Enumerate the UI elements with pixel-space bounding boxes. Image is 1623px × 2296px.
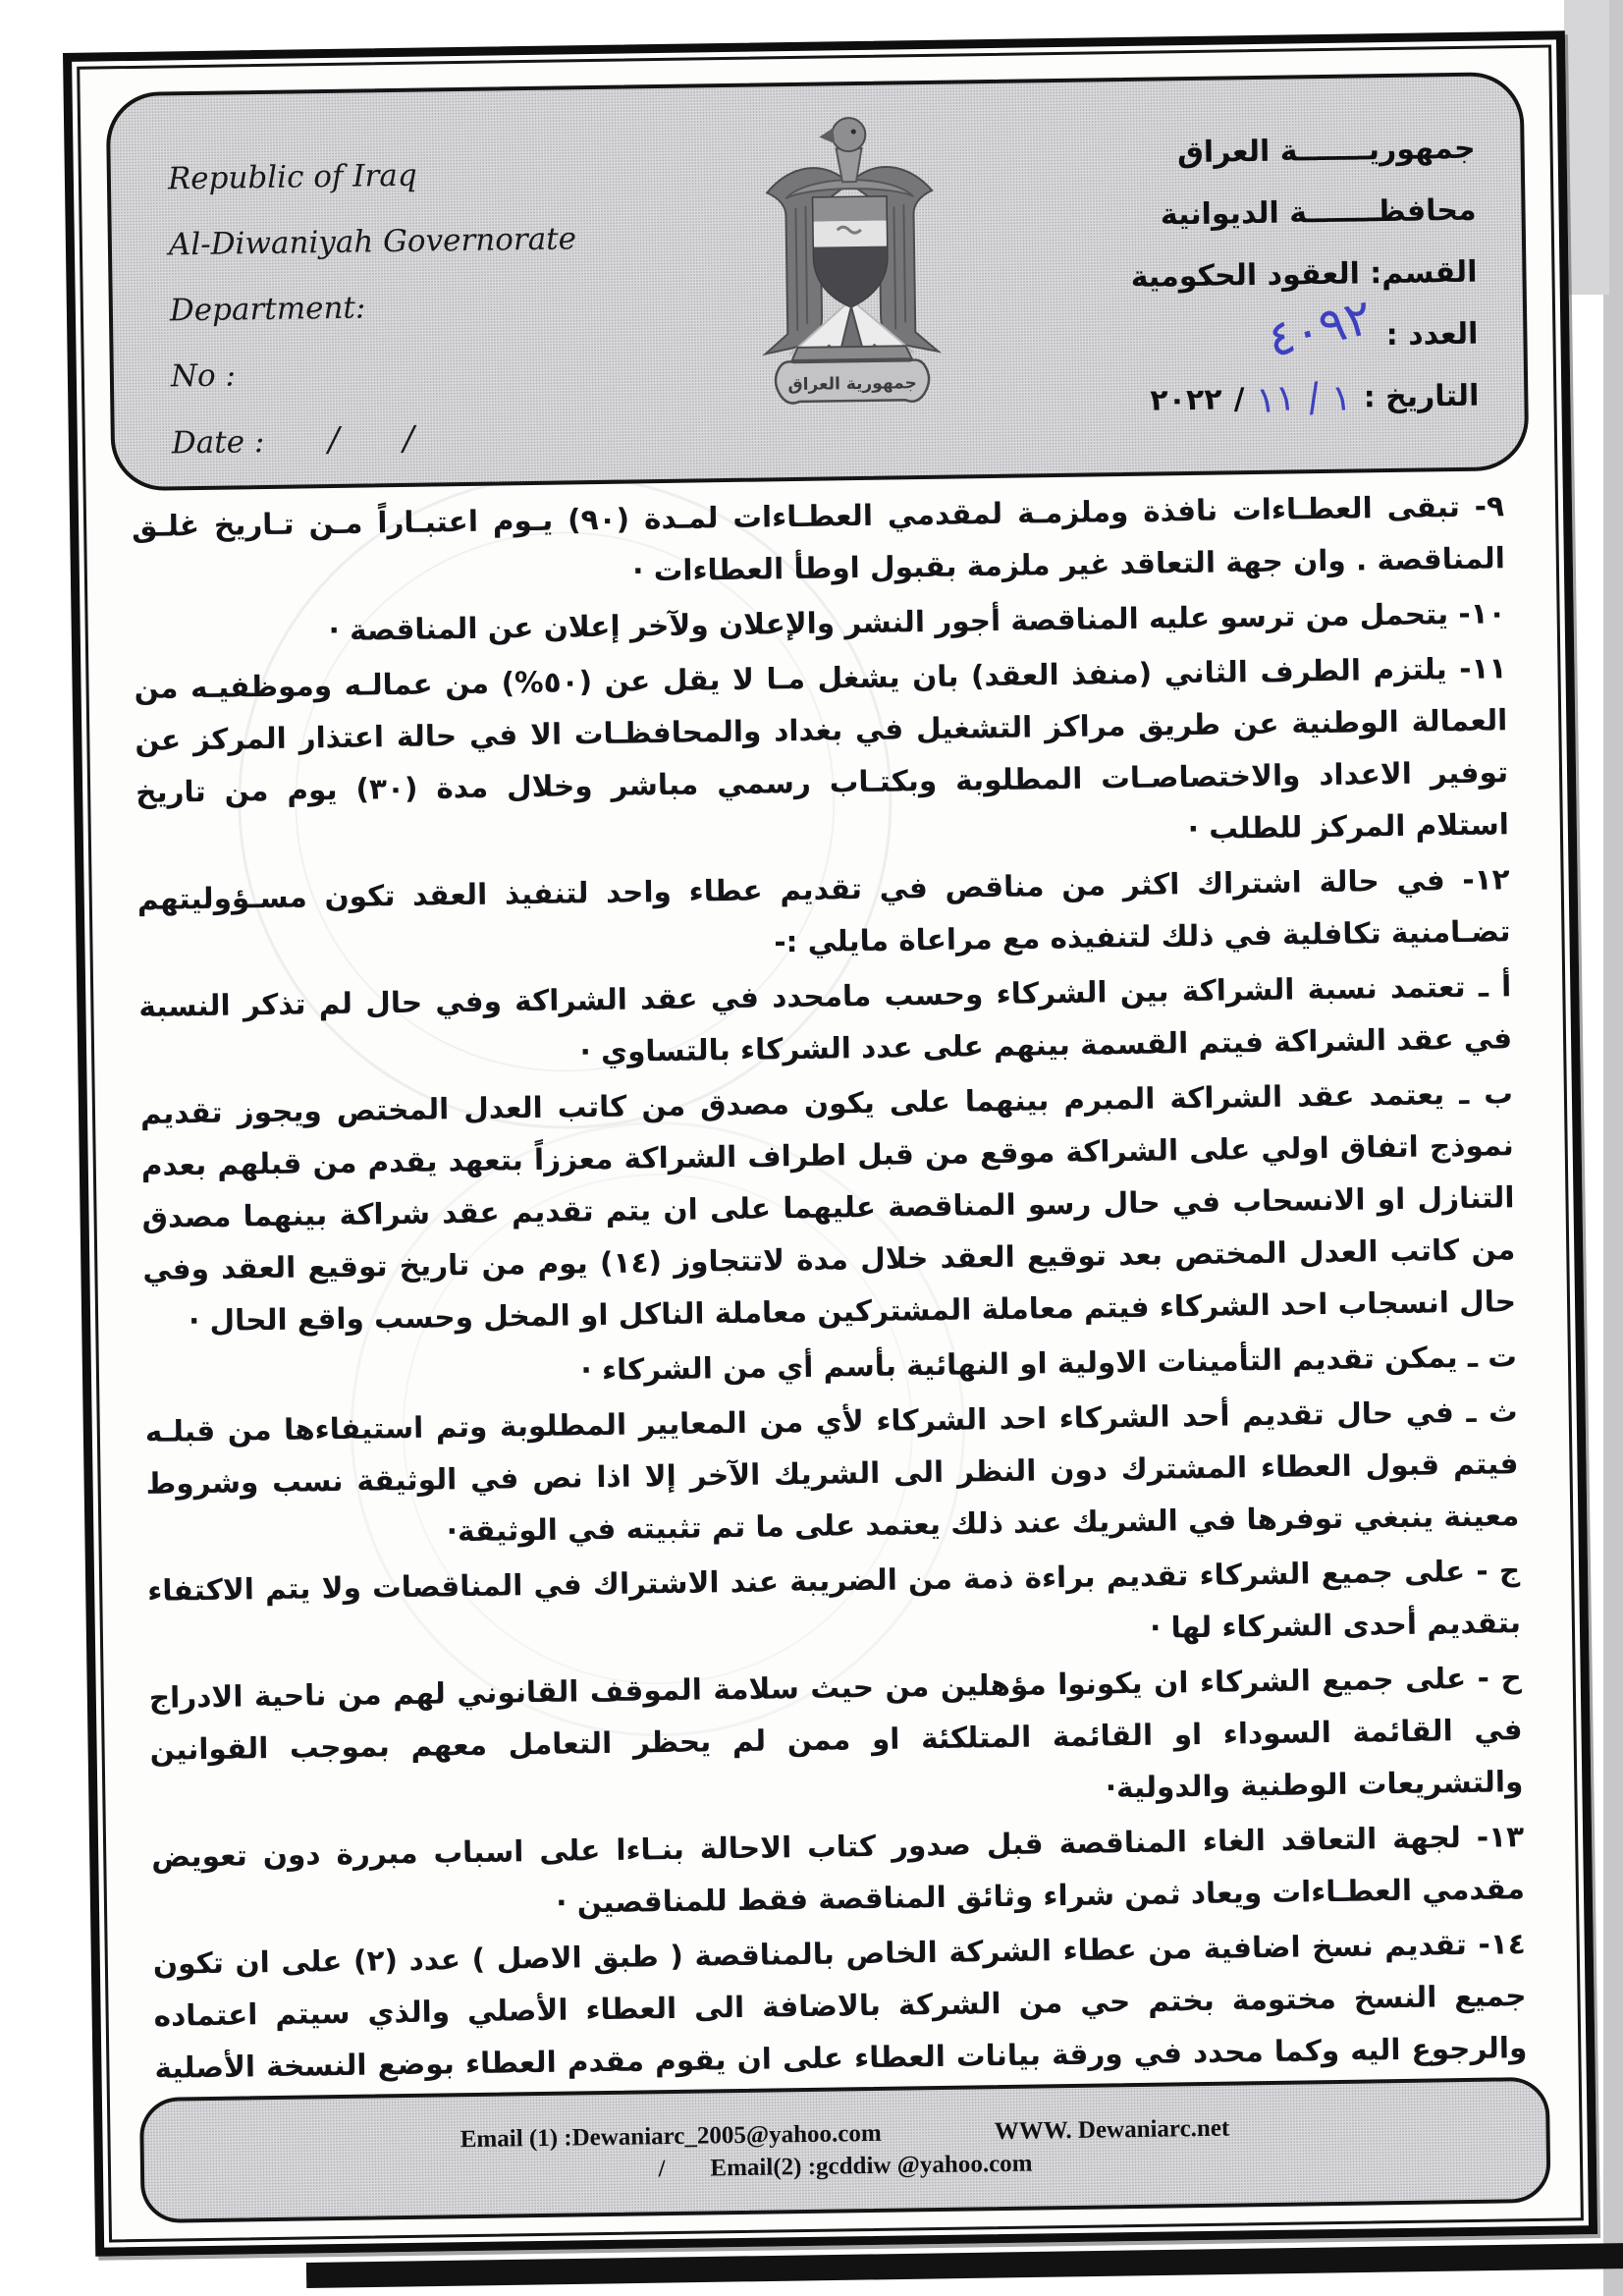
clause-12-b: ب ـ يعتمد عقد الشراكة المبرم بينهما على … <box>140 1067 1517 1348</box>
footer-email1: Email (1) :Dewaniarc_2005@yahoo.com <box>460 2119 882 2153</box>
clause-12: ١٢- في حالة اشتراك اكثر من مناقص في تقدي… <box>136 853 1510 978</box>
scanner-backing-corner <box>1564 0 1609 295</box>
scanned-page: Republic of Iraq Al-Diwaniyah Governorat… <box>63 30 1597 2256</box>
letterhead-en-date: Date : / / <box>171 403 691 477</box>
document-body: ٩- تبقى العطـاءات نافذة وملزمـة لمقدمي ا… <box>132 480 1529 2150</box>
footer-slash: / <box>658 2156 665 2183</box>
letterhead-en-department: Department: <box>169 271 689 345</box>
footer-email2: Email(2) :gcddiw @yahoo.com <box>710 2150 1032 2182</box>
date-day-handwritten: ١ <box>1329 366 1355 430</box>
letterhead: Republic of Iraq Al-Diwaniyah Governorat… <box>106 72 1530 491</box>
clause-13: ١٣- لجهة التعاقد الغاء المناقصة قبل صدور… <box>151 1811 1525 1936</box>
footer-website: WWW. Dewaniarc.net <box>994 2114 1229 2146</box>
document-date-row: التاريخ : ١ / ١١ / ٢٠٢٢ <box>1014 365 1480 434</box>
letterhead-ar-governorate: محافظـــــــة الديوانية <box>1011 180 1477 248</box>
letterhead-arabic: جمهوريـــــــة العراق محافظـــــــة الدي… <box>1010 76 1525 474</box>
footer-line-2: / Email(2) :gcddiw @yahoo.com <box>658 2150 1032 2183</box>
letterhead-en-number: No : <box>170 337 690 410</box>
clause-12-h: ح - على جميع الشركاء ان يكونوا مؤهلين من… <box>148 1652 1523 1829</box>
date-year-printed: ٢٠٢٢ <box>1150 369 1222 432</box>
clause-9: ٩- تبقى العطـاءات نافذة وملزمـة لمقدمي ا… <box>132 480 1505 605</box>
number-label: العدد : <box>1385 303 1479 366</box>
clause-12-th: ث ـ في حال تقديم أحد الشركاء احد الشركاء… <box>144 1386 1519 1562</box>
document-number-row: العدد : ٤٠٩٢ <box>1013 303 1479 372</box>
letterhead-ar-country: جمهوريـــــــة العراق <box>1011 118 1477 187</box>
letterhead-english: Republic of Iraq Al-Diwaniyah Governorat… <box>110 88 692 488</box>
date-slash: / <box>1303 366 1325 429</box>
clause-12-a: أ ـ تعتمد نسبة الشراكة بين الشركاء وحسب … <box>138 960 1512 1085</box>
clause-11: ١١- يلتزم الطرف الثاني (منفذ العقد) بان … <box>134 642 1509 871</box>
date-label: Date : <box>172 424 265 461</box>
clause-12-j: ج - على جميع الشركاء تقديم براءة ذمة من … <box>147 1545 1521 1669</box>
letterhead-en-governorate: Al-Diwaniyah Governorate <box>168 205 688 279</box>
page-inner-frame: Republic of Iraq Al-Diwaniyah Governorat… <box>77 45 1584 2243</box>
eagle-of-saladin-icon: جمهورية العراق <box>733 97 968 434</box>
footer-contact: Email (1) :Dewaniarc_2005@yahoo.com WWW.… <box>139 2077 1551 2223</box>
date-slash-printed: / <box>1233 368 1245 430</box>
letterhead-en-country: Republic of Iraq <box>167 139 687 213</box>
iraq-emblem: جمهورية العراق <box>686 83 1016 479</box>
emblem-banner-text: جمهورية العراق <box>788 373 918 395</box>
letterhead-ar-department: القسم: العقود الحكومية <box>1012 242 1478 310</box>
date-month-handwritten: ١١ <box>1253 366 1298 432</box>
date-blank-slashes: / / <box>264 419 414 461</box>
footer-line-1: Email (1) :Dewaniarc_2005@yahoo.com WWW.… <box>460 2114 1230 2154</box>
date-label-ar: التاريخ : <box>1363 365 1480 429</box>
scanner-backing-right <box>1603 0 1623 2296</box>
